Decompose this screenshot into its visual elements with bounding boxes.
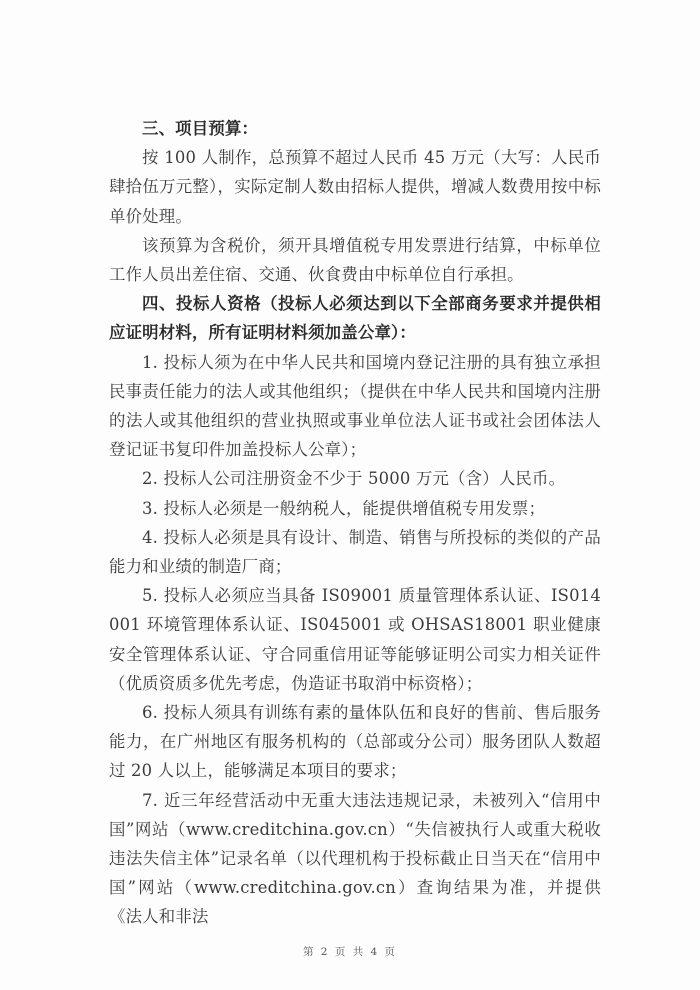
page-content: 三、项目预算： 按 100 人制作，总预算不超过人民币 45 万元（大写：人民币… <box>109 114 601 932</box>
qualification-item-3: 3. 投标人必须是一般纳税人，能提供增值税专用发票； <box>109 494 601 523</box>
paragraph-budget-tax: 该预算为含税价，须开具增值税专用发票进行结算，中标单位工作人员出差住宿、交通、伙… <box>109 231 601 289</box>
qualification-item-4: 4. 投标人必须是具有设计、制造、销售与所投标的类似的产品能力和业绩的制造厂商； <box>109 523 601 581</box>
qualification-item-6: 6. 投标人须具有训练有素的量体队伍和良好的售前、售后服务能力，在广州地区有服务… <box>109 698 601 786</box>
paragraph-budget-amount: 按 100 人制作，总预算不超过人民币 45 万元（大写：人民币肆拾伍万元整），… <box>109 143 601 231</box>
section-heading-budget: 三、项目预算： <box>109 114 601 143</box>
qualification-item-2: 2. 投标人公司注册资金不少于 5000 万元（含）人民币。 <box>109 464 601 493</box>
document-page: 三、项目预算： 按 100 人制作，总预算不超过人民币 45 万元（大写：人民币… <box>0 0 700 990</box>
qualification-item-1: 1. 投标人须为在中华人民共和国境内登记注册的具有独立承担民事责任能力的法人或其… <box>109 348 601 465</box>
qualification-item-5: 5. 投标人必须应当具备 IS09001 质量管理体系认证、IS014001 环… <box>109 581 601 698</box>
section-heading-qualifications: 四、投标人资格（投标人必须达到以下全部商务要求并提供相应证明材料，所有证明材料须… <box>109 289 601 347</box>
qualification-item-7: 7. 近三年经营活动中无重大违法违规记录，未被列入“信用中国”网站（www.cr… <box>109 786 601 932</box>
page-number-footer: 第 2 页 共 4 页 <box>0 944 700 959</box>
